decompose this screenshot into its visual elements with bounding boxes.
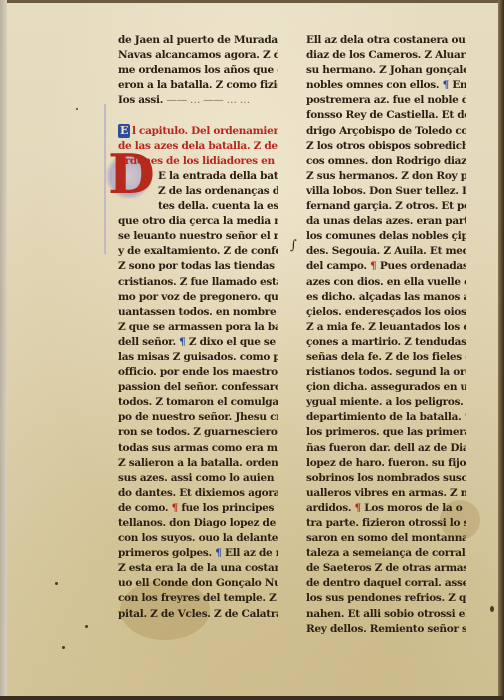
text-line: Z esta era la de la una costaneta. o [118,561,278,576]
pilcrow-mark: ¶ [215,547,221,559]
text-line: con los freyres del temple. Z dell os [118,591,278,606]
line-text: nobles omnes con ellos. [306,79,439,91]
text-line: ristianos todos. segund la ordena [306,365,466,380]
text-line: señas dela fe. Z de los fieles de C [306,350,466,365]
text-line: nobles omnes con ellos. ¶ En la [306,78,466,93]
ink-spot [55,582,58,585]
right-column: Ell az dela otra costanera ouo lor diaz … [306,33,466,637]
text-line: çielos. enderesçados los oios a Dios [306,305,466,320]
page-binding-edge [498,0,504,700]
text-line: lopez de haro. fueron. su fijo. Z so [306,456,466,471]
pilcrow-mark: ¶ [355,502,361,514]
text-line: uantassen todos. en nombre de dios [118,305,278,320]
text-line: Z salieron a la batalla. ordenadas [118,456,278,471]
line-text: de como. [118,502,168,514]
text-line: su hermano. Z Johan gonçalez. con otros [306,63,466,78]
text-line: villa lobos. Don Suer tellez. Don [306,184,466,199]
line-text: del campo. [306,260,367,272]
blue-initial: E [118,124,130,138]
text-line: me ordenamos los años que dia Z sali [118,63,278,78]
text-line: ygual miente. a los peligros. Z al [306,395,466,410]
ink-spot [76,108,78,110]
text-line: pital. Z de Vcles. Z de Calatraua. ¶ [118,607,278,622]
text-line: fernand garçia. Z otros. Et por ca [306,199,466,214]
text-line: del campo. ¶ Pues ordenadas las [306,259,466,274]
text-line: azes con dios. en ella vuelle como [306,275,466,290]
text-line: drigo Arçobispo de Toledo con ell. [306,124,466,139]
text-line: da unas delas azes. eran partide [306,214,466,229]
margin-annotation: ∫ [290,238,297,253]
line-text: primeros golpes. [118,547,212,559]
text-line: ardidos. ¶ Los moros de la o [306,501,466,516]
text-line: ñas fueron dar. dell az de Diago [306,441,466,456]
text-line: officio. por ende los maestros de la [118,365,278,380]
text-line: de dentro daquel corral. assentaron [306,576,466,591]
text-line: departimiento de la batalla. ¶ Et [306,410,466,425]
text-line: los sus pendones refrios. Z que algu [306,591,466,606]
pilcrow-mark: ¶ [179,336,185,348]
text-line: tes della. cuenta la estoria. [118,199,278,214]
text-line: con los suyos. ouo la delantera. Z los [118,531,278,546]
line-text: fue los principes Cas [181,502,278,514]
text-line: los comunes delas nobles çipda [306,229,466,244]
line-text: En la [452,79,466,91]
text-line: los primeros. que las primeras se [306,425,466,440]
text-line: Z sono por todas las tiendas delos [118,259,278,274]
line-text: Ell az de medio [225,547,278,559]
line-text: dell señor. [118,336,176,348]
spacer-line [118,108,278,123]
rubric-line: de las azes dela batalla. Z delas [118,139,278,154]
text-line: taleza a semeiança de corral. a do [306,546,466,561]
text-line: Ell az dela otra costanera ouo lor [306,33,466,48]
line-text: Ios assi. [118,94,163,106]
text-line: Z de las ordenanças de las hues [118,184,278,199]
text-line: cos omnes. don Rodrigo diaz giro [306,154,466,169]
line-text: Z dixo el que se armasse Z oir [189,336,278,348]
text-line: po de nuestro señor. Jhesu cristo. guisa [118,410,278,425]
text-line: primeros golpes. ¶ Ell az de medio [118,546,278,561]
text-line: Z los otros obispos sobredichos. Z n [306,139,466,154]
manuscript-page: D ∫ de Jaen al puerto de Muradal. Z alas… [0,0,504,700]
text-line: ron se todos. Z guarnescieron se de [118,425,278,440]
text-line: do dantes. Et dixiemos agora aqui [118,486,278,501]
rubric-text: l capitulo. Del ordenamiento [132,125,278,137]
text-line: de Saeteros Z de otras armas. Z [306,561,466,576]
page-left-edge [0,0,7,700]
text-line: se leuanto nuestro señor el re [118,229,278,244]
text-line: çion dicha. assegurados en uno Z [306,380,466,395]
rubric-line: ordenes de los lidiadores en ella.~ [118,154,278,169]
text-line: dell señor. ¶ Z dixo el que se armasse Z… [118,335,278,350]
text-line: ualleros vibres en armas. Z muy [306,486,466,501]
ink-spot [490,606,494,612]
text-line: fonsso Rey de Castiella. Et don Ro [306,108,466,123]
text-line: nahen. Et alli sobio otrossi el su [306,607,466,622]
text-line: las misas Z guisados. como pora aquel [118,350,278,365]
text-line: Ios assi. —— … —— … … [118,93,278,108]
line-text: Pues ordenadas las [380,260,466,272]
text-line: que otro dia çerca la media noche. [118,214,278,229]
text-line: Z sus hermanos. Z don Roy perez d [306,169,466,184]
text-line: diaz de los Cameros. Z Aluar diaz [306,48,466,63]
text-line: cristianos. Z fue llamado esta noche co [118,275,278,290]
text-line: Navas alcancamos agora. Z del ante [118,48,278,63]
text-line: mo por voz de pregonero. que se le [118,290,278,305]
pilcrow-mark: ¶ [172,502,178,514]
rubric-heading: El capitulo. Del ordenamiento [118,124,278,139]
pilcrow-mark: ¶ [443,79,449,91]
text-line: saron en somo del montanna fo [306,531,466,546]
text-line: tellanos. don Diago lopez de haro [118,516,278,531]
pilcrow-mark: ¶ [370,260,376,272]
text-line: todos. Z tomaron el comulgamiento cuer [118,395,278,410]
text-line: de como. ¶ fue los principes Cas [118,501,278,516]
text-line: Z a mia fe. Z leuantados los cora [306,320,466,335]
text-line: des. Segouia. Z Auila. Et medina [306,244,466,259]
text-line: es dicho. alçadas las manos a los [306,290,466,305]
ink-spot [62,646,65,649]
text-line: sobrinos los nombrados suso. ca [306,471,466,486]
left-column: de Jaen al puerto de Muradal. Z alas Nav… [118,33,278,622]
page-bottom-edge [0,696,504,700]
text-line: postremera az. fue el noble don Al [306,93,466,108]
text-line: passion del señor. confessaron se [118,380,278,395]
text-line: uo ell Conde don Gonçalo Nuñez [118,576,278,591]
text-line: Z que se armassen pora la batalla [118,320,278,335]
text-line: sus azes. assi como lo auien de parti [118,471,278,486]
text-line: tra parte. fizieron otrossi lo suyo. gui [306,516,466,531]
ink-spot [85,625,88,628]
text-line: eron a la batalla. Z como fizieron. Z [118,78,278,93]
text-line: Rey dellos. Remiento señor su nna [306,622,466,637]
line-text: ardidos. [306,502,351,514]
text-line: de Jaen al puerto de Muradal. Z alas [118,33,278,48]
page-top-edge [0,0,504,3]
line-text: Los moros de la o [364,502,462,514]
text-line: y de exaltamiento. Z de confession. [118,244,278,259]
pilcrow-mark: ¶ [465,411,466,423]
text-line: çones a martirio. Z tendudas las [306,335,466,350]
line-text: pital. Z de Vcles. Z de Calatraua. [118,608,278,620]
line-text: departimiento de la batalla. [306,411,461,423]
text-line: todas sus armas como era mester. [118,441,278,456]
text-line: E la entrada della batalla. [118,169,278,184]
